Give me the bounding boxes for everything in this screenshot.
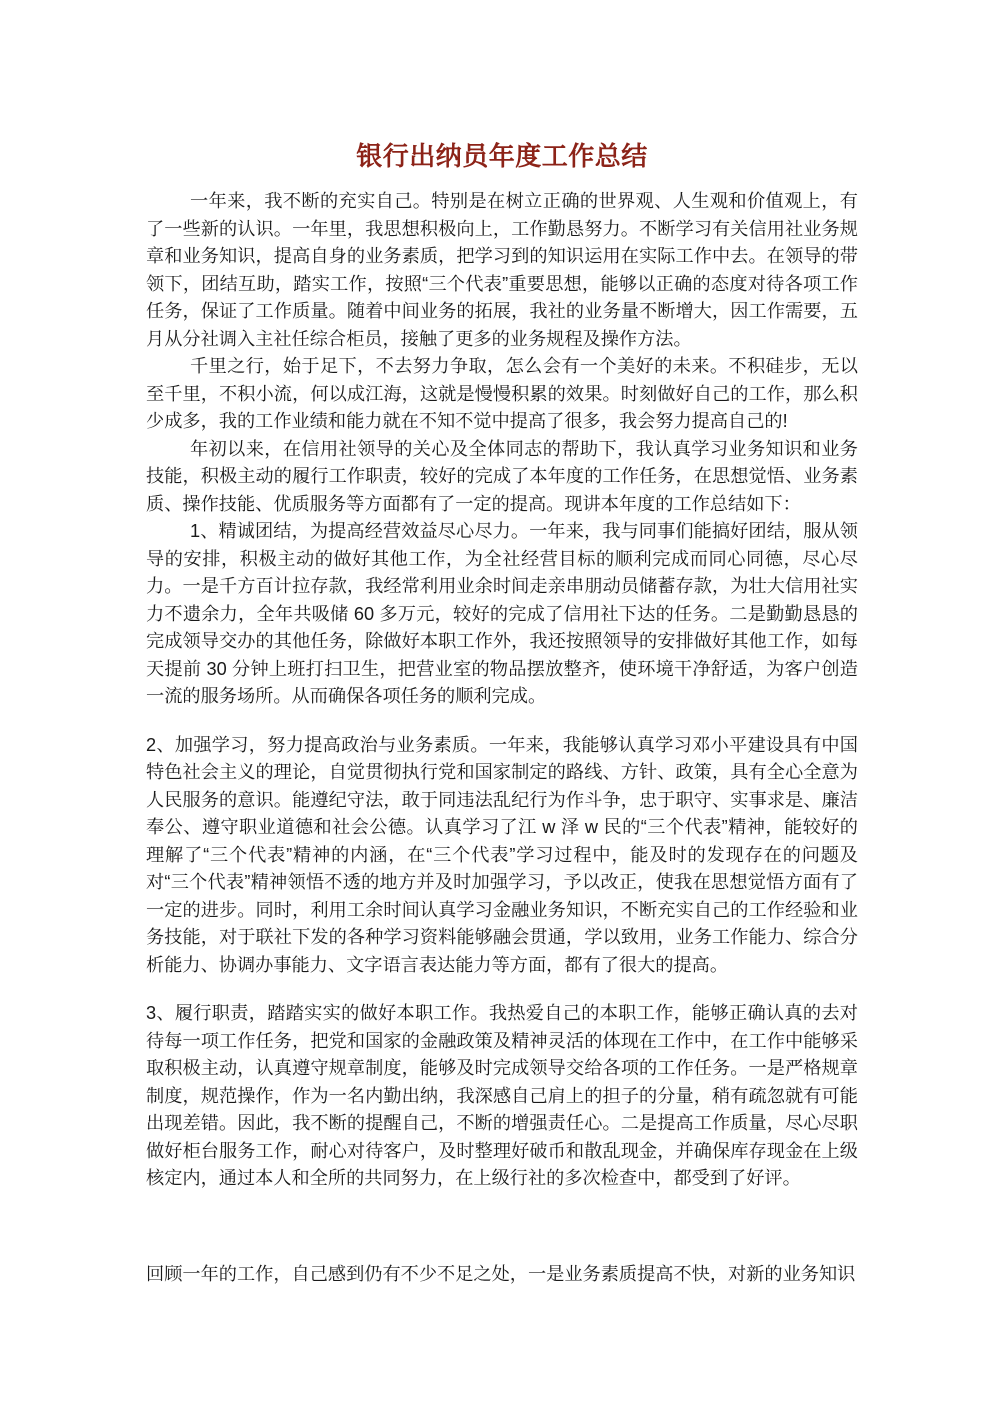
- document-content: 银行出纳员年度工作总结 一年来，我不断的充实自己。特别是在树立正确的世界观、人生…: [146, 138, 858, 1288]
- document-body: 一年来，我不断的充实自己。特别是在树立正确的世界观、人生观和价值观上，有了一些新…: [146, 188, 858, 1288]
- document-page: 银行出纳员年度工作总结 一年来，我不断的充实自己。特别是在树立正确的世界观、人生…: [0, 0, 1000, 1415]
- paragraph-overview: 年初以来，在信用社领导的关心及全体同志的帮助下，我认真学习业务知识和业务技能，积…: [146, 436, 858, 519]
- paragraph-review: 回顾一年的工作，自己感到仍有不少不足之处，一是业务素质提高不快，对新的业务知识: [146, 1261, 858, 1289]
- paragraph-intro: 一年来，我不断的充实自己。特别是在树立正确的世界观、人生观和价值观上，有了一些新…: [146, 188, 858, 353]
- paragraph-point-3: 3、履行职责，踏踏实实的做好本职工作。我热爱自己的本职工作，能够正确认真的去对待…: [146, 1000, 858, 1193]
- document-title: 银行出纳员年度工作总结: [146, 138, 858, 174]
- paragraph-motto: 千里之行，始于足下，不去努力争取，怎么会有一个美好的未来。不积硅步，无以至千里，…: [146, 353, 858, 436]
- paragraph-point-1: 1、精诚团结，为提高经营效益尽心尽力。一年来，我与同事们能搞好团结，服从领导的安…: [146, 518, 858, 711]
- paragraph-point-2: 2、加强学习，努力提高政治与业务素质。一年来，我能够认真学习邓小平建设具有中国特…: [146, 732, 858, 980]
